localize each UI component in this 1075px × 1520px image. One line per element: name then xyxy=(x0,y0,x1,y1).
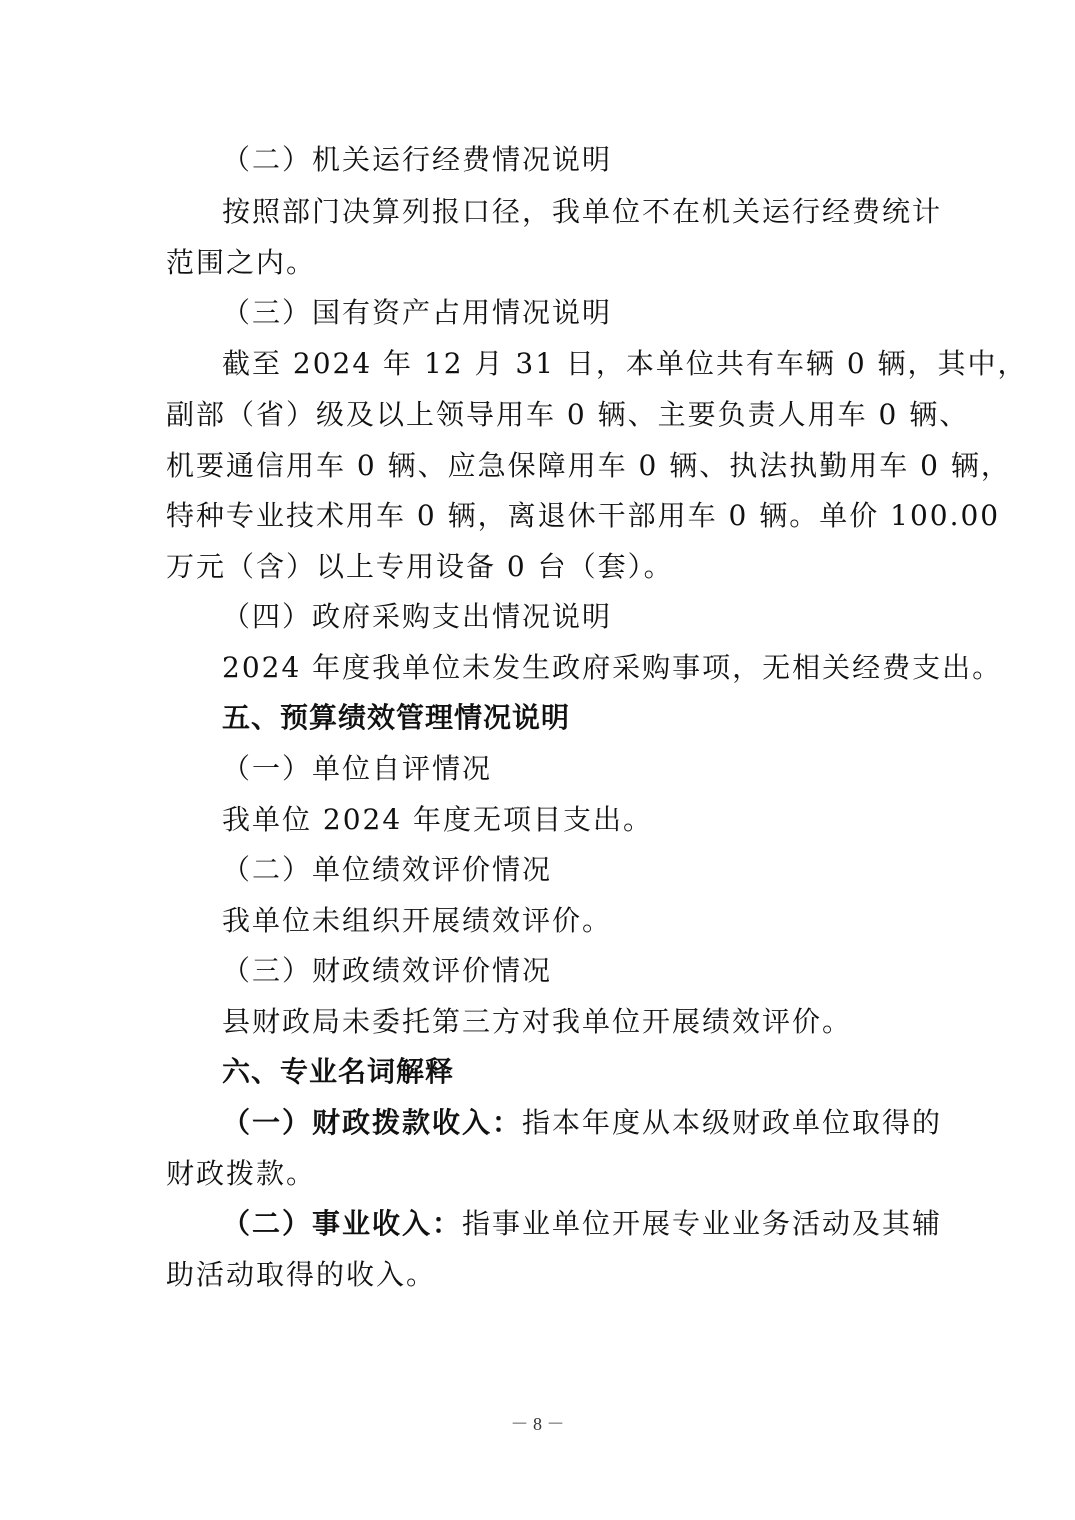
page-number: － 8 － xyxy=(0,1410,1075,1436)
subheading-operating-expenses: （二）机关运行经费情况说明 xyxy=(222,142,982,178)
glossary-definition-cont: 助活动取得的收入。 xyxy=(166,1257,926,1293)
paragraph-operating-expenses: 按照部门决算列报口径，我单位不在机关运行经费统计 xyxy=(222,194,982,230)
subheading-fiscal-evaluation: （三）财政绩效评价情况 xyxy=(222,953,982,989)
document-page: （二）机关运行经费情况说明 按照部门决算列报口径，我单位不在机关运行经费统计 范… xyxy=(0,0,1075,1520)
heading-performance-management: 五、预算绩效管理情况说明 xyxy=(222,700,982,736)
subheading-self-evaluation: （一）单位自评情况 xyxy=(222,751,982,787)
glossary-term: （二）事业收入： xyxy=(222,1207,462,1240)
paragraph-procurement: 2024 年度我单位未发生政府采购事项，无相关经费支出。 xyxy=(222,650,982,686)
glossary-definition-cont: 财政拨款。 xyxy=(166,1156,926,1192)
paragraph-self-evaluation: 我单位 2024 年度无项目支出。 xyxy=(222,802,982,838)
paragraph-state-assets: 截至 2024 年 12 月 31 日，本单位共有车辆 0 辆，其中， xyxy=(222,346,982,382)
subheading-procurement: （四）政府采购支出情况说明 xyxy=(222,599,982,635)
paragraph-state-assets-cont-4: 万元（含）以上专用设备 0 台（套）。 xyxy=(166,549,926,585)
paragraph-state-assets-cont-1: 副部（省）级及以上领导用车 0 辆、主要负责人用车 0 辆、 xyxy=(166,397,926,433)
glossary-term: （一）财政拨款收入： xyxy=(222,1106,522,1139)
paragraph-state-assets-cont-3: 特种专业技术用车 0 辆，离退休干部用车 0 辆。单价 100.00 xyxy=(166,498,926,534)
glossary-definition: 指事业单位开展专业业务活动及其辅 xyxy=(462,1207,942,1240)
subheading-state-assets: （三）国有资产占用情况说明 xyxy=(222,295,982,331)
heading-glossary: 六、专业名词解释 xyxy=(222,1054,982,1090)
paragraph-operating-expenses-cont: 范围之内。 xyxy=(166,245,926,281)
paragraph-unit-evaluation: 我单位未组织开展绩效评价。 xyxy=(222,903,982,939)
glossary-item-fiscal-appropriation: （一）财政拨款收入：指本年度从本级财政单位取得的 xyxy=(222,1105,982,1141)
glossary-definition: 指本年度从本级财政单位取得的 xyxy=(522,1106,942,1139)
subheading-unit-evaluation: （二）单位绩效评价情况 xyxy=(222,852,982,888)
glossary-item-business-income: （二）事业收入：指事业单位开展专业业务活动及其辅 xyxy=(222,1206,982,1242)
paragraph-fiscal-evaluation: 县财政局未委托第三方对我单位开展绩效评价。 xyxy=(222,1004,982,1040)
paragraph-state-assets-cont-2: 机要通信用车 0 辆、应急保障用车 0 辆、执法执勤用车 0 辆， xyxy=(166,448,926,484)
